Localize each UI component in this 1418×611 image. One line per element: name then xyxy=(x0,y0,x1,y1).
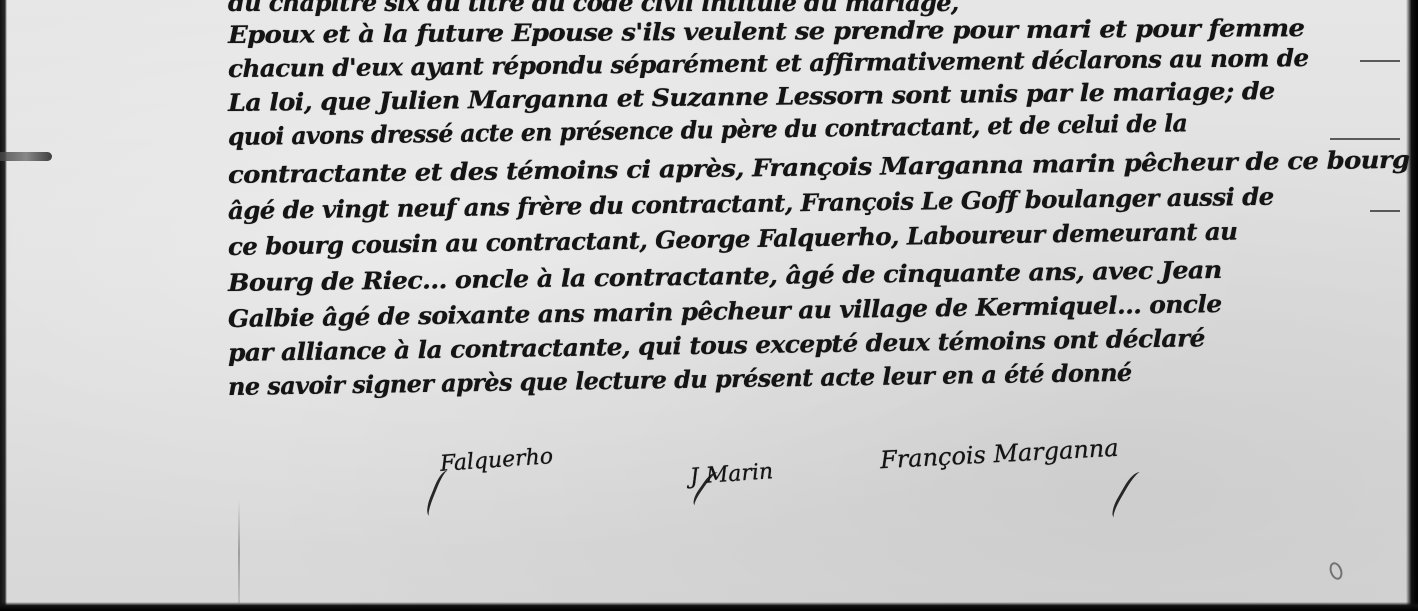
ink-blot xyxy=(1327,560,1344,581)
signature-francois-marganna: François Marganna xyxy=(879,434,1119,474)
page-right-edge xyxy=(1406,0,1418,611)
line-fill-stroke xyxy=(1330,138,1400,140)
handwritten-line-8: ce bourg cousin au contractant, George F… xyxy=(228,216,1238,261)
page-bottom-edge xyxy=(0,602,1418,611)
handwritten-line-2: Epoux et à la future Epouse s'ils veulen… xyxy=(228,13,1305,49)
page-left-edge xyxy=(0,0,7,611)
paper-crease xyxy=(238,500,240,605)
signature-flourish xyxy=(1108,469,1149,523)
line-fill-stroke xyxy=(1360,60,1400,62)
scanned-register-page: du chapitre six du titre du code civil i… xyxy=(0,0,1418,611)
binding-mark xyxy=(0,152,52,161)
handwritten-line-1: du chapitre six du titre du code civil i… xyxy=(228,0,959,17)
line-fill-stroke xyxy=(1370,210,1400,212)
signature-flourish xyxy=(424,469,456,519)
signature-falquerho: Falquerho xyxy=(439,444,554,477)
